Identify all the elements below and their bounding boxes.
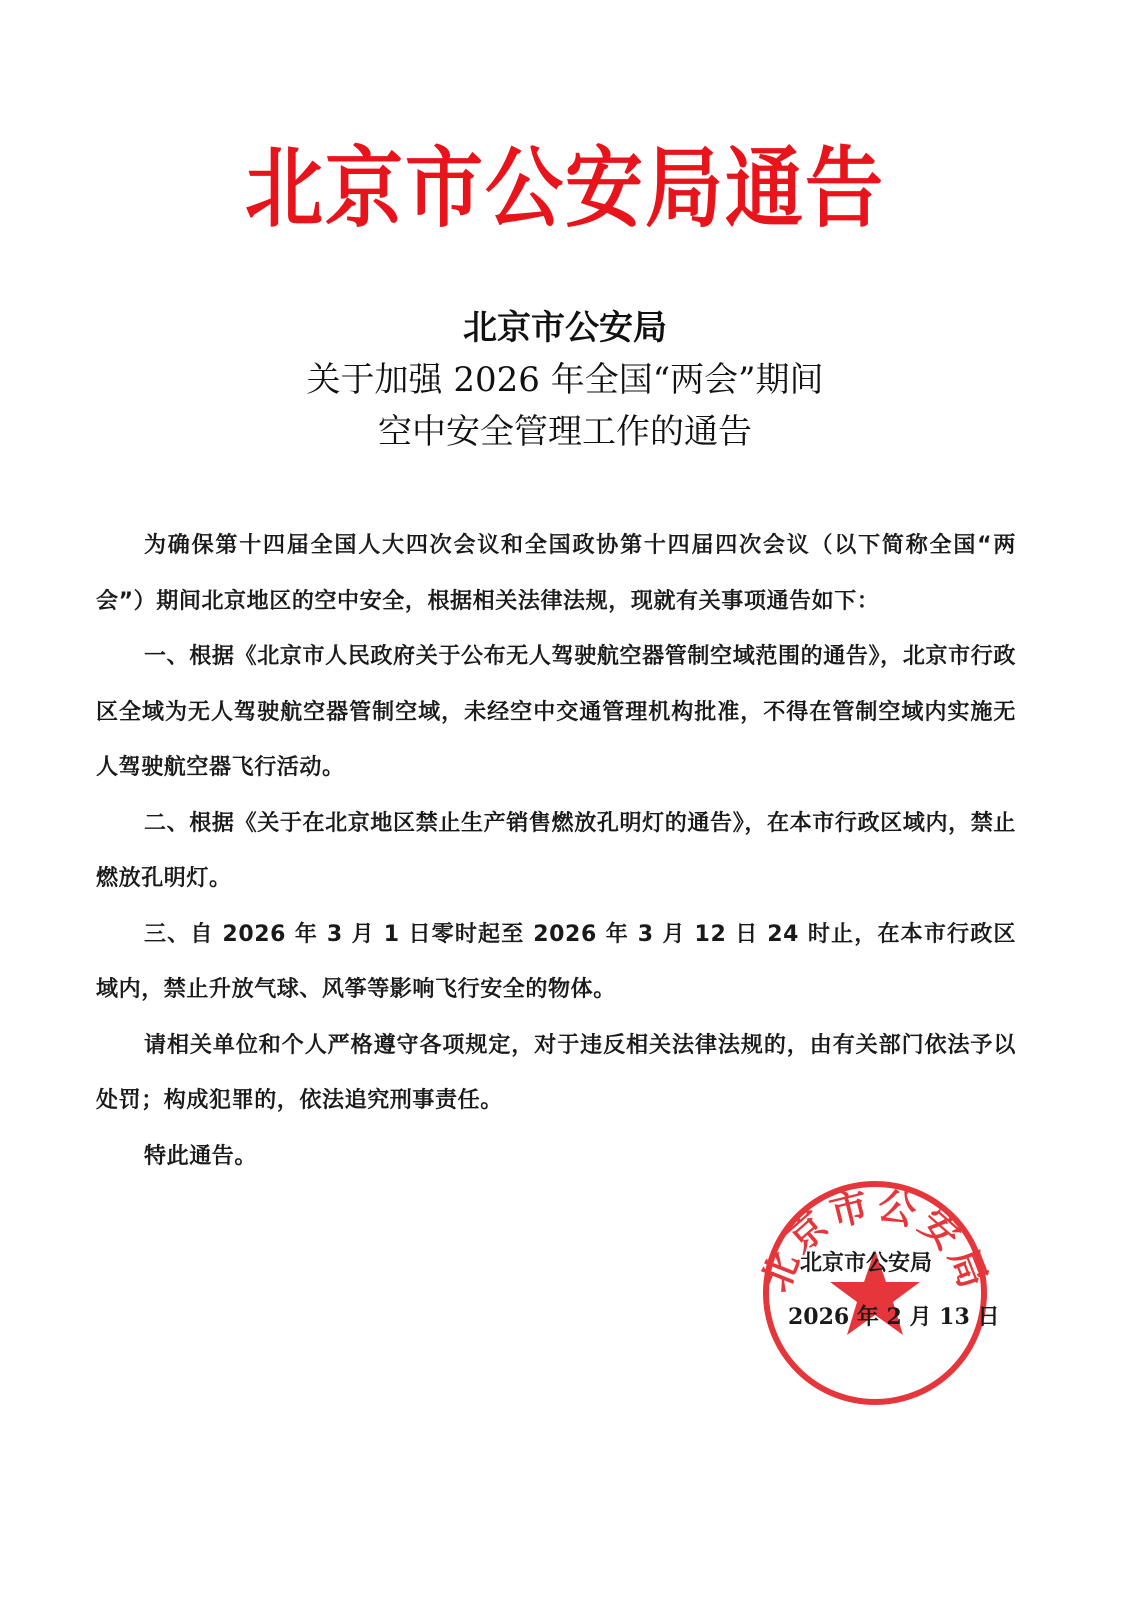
masthead-title: 北京市公安局通告 (0, 128, 1130, 251)
closing-paragraph: 特此通告。 (96, 1129, 1016, 1185)
official-seal: 北京市公安局 (760, 1178, 990, 1408)
title-line-subject: 关于加强 2026 年全国“两会”期间 (0, 354, 1130, 406)
title-line-issuer: 北京市公安局 (0, 302, 1130, 354)
document-title: 北京市公安局 关于加强 2026 年全国“两会”期间 空中安全管理工作的通告 (0, 302, 1130, 458)
item-three-paragraph: 三、自 2026 年 3 月 1 日零时起至 2026 年 3 月 12 日 2… (96, 907, 1016, 1018)
signature-organization: 北京市公安局 (800, 1246, 932, 1277)
item-two-paragraph: 二、根据《关于在北京地区禁止生产销售燃放孔明灯的通告》，在本市行政区域内，禁止燃… (96, 796, 1016, 907)
intro-paragraph: 为确保第十四届全国人大四次会议和全国政协第十四届四次会议（以下简称全国“两会”）… (96, 518, 1016, 629)
title-line-topic: 空中安全管理工作的通告 (0, 406, 1130, 458)
signature-date: 2026 年 2 月 13 日 (788, 1300, 999, 1331)
compliance-paragraph: 请相关单位和个人严格遵守各项规定，对于违反相关法律法规的，由有关部门依法予以处罚… (96, 1018, 1016, 1129)
notice-body: 为确保第十四届全国人大四次会议和全国政协第十四届四次会议（以下简称全国“两会”）… (96, 518, 1016, 1184)
notice-page: 北京市公安局通告 北京市公安局 关于加强 2026 年全国“两会”期间 空中安全… (0, 0, 1130, 1600)
item-one-paragraph: 一、根据《北京市人民政府关于公布无人驾驶航空器管制空域范围的通告》，北京市行政区… (96, 629, 1016, 796)
